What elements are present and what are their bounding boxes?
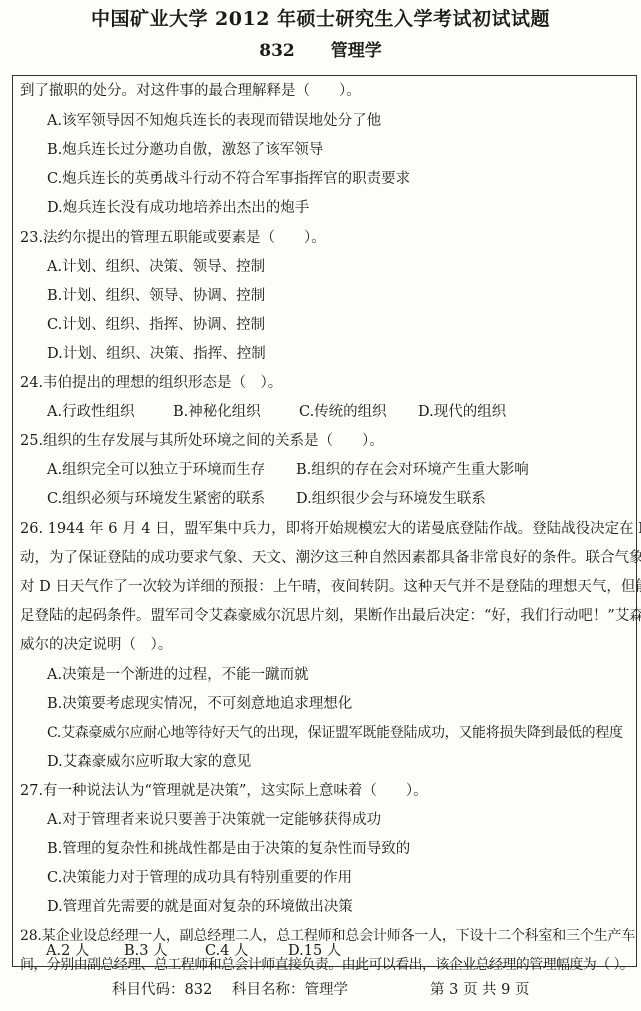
q22-option-a: A.该军领导因不知炮兵连长的表现而错误地处分了他 (47, 111, 381, 131)
q23-option-a: A.计划、组织、决策、领导、控制 (47, 257, 265, 277)
q24-option-d: D.现代的组织 (418, 402, 506, 422)
q26-stem-line-3: 对 D 日天气作了一次较为详细的预报：上午晴，夜间转阴。这种天气并不是登陆的理想… (20, 577, 632, 597)
q24-option-b: B.神秘化组织 (173, 402, 261, 422)
q27-stem: 27.有一种说法认为“管理就是决策”，这实际上意味着（ ）。 (20, 781, 428, 801)
q26-stem-line-4: 足登陆的起码条件。盟军司令艾森豪威尔沉思片刻，果断作出最后决定：“好，我们行动吧… (20, 606, 632, 626)
subject-code: 832 (259, 41, 295, 61)
q26-stem-line-1: 26. 1944 年 6 月 4 日，盟军集中兵力，即将开始规模宏大的诺曼底登陆… (20, 519, 632, 539)
q22-option-d: D.炮兵连长没有成功地培养出杰出的炮手 (47, 198, 309, 218)
q26-option-b: B.决策要考虑现实情况，不可刻意地追求理想化 (47, 694, 352, 714)
q23-option-b: B.计划、组织、领导、协调、控制 (47, 286, 265, 306)
q24-option-a: A.行政性组织 (47, 402, 135, 422)
q28-option-b: B.3 人 (124, 941, 168, 961)
subject-name: 管理学 (331, 41, 382, 61)
q22-stem: 到了撤职的处分。对这件事的最合理解释是（ ）。 (20, 81, 361, 101)
q23-option-c: C.计划、组织、指挥、协调、控制 (47, 315, 265, 335)
footer-page-number: 第 3 页 共 9 页 (430, 978, 530, 999)
q27-option-d: D.管理首先需要的就是面对复杂的环境做出决策 (47, 897, 353, 917)
q26-option-c: C.艾森豪威尔应耐心地等待好天气的出现，保证盟军既能登陆成功，又能将损失降到最低… (47, 723, 623, 743)
q28-option-c: C.4 人 (205, 941, 249, 961)
q26-option-d: D.艾森豪威尔应听取大家的意见 (47, 752, 251, 772)
q25-option-c: C.组织必须与环境发生紧密的联系 (47, 489, 265, 509)
q24-stem: 24.韦伯提出的理想的组织形态是（ ）。 (20, 373, 282, 393)
q25-option-b: B.组织的存在会对环境产生重大影响 (296, 460, 529, 480)
q25-option-d: D.组织很少会与环境发生联系 (296, 489, 486, 509)
q24-option-c: C.传统的组织 (299, 402, 387, 422)
q26-stem-line-5: 威尔的决定说明（ ）。 (20, 635, 632, 655)
q22-option-c: C.炮兵连长的英勇战斗行动不符合军事指挥官的职责要求 (47, 169, 410, 189)
q25-option-a: A.组织完全可以独立于环境而生存 (47, 460, 265, 480)
question-box: 到了撤职的处分。对这件事的最合理解释是（ ）。 A.该军领导因不知炮兵连长的表现… (12, 75, 637, 967)
q28-option-d: D.15 人 (288, 941, 341, 961)
q26-stem-line-2: 动，为了保证登陆的成功要求气象、天文、潮汐这三种自然因素都具备非常良好的条件。联… (20, 548, 632, 568)
q27-option-b: B.管理的复杂性和挑战性都是由于决策的复杂性而导致的 (47, 839, 410, 859)
footer-subject-name: 科目名称：管理学 (232, 978, 348, 999)
q26-option-a: A.决策是一个渐进的过程，不能一蹴而就 (47, 665, 309, 685)
q25-stem: 25.组织的生存发展与其所处环境之间的关系是（ ）。 (20, 431, 384, 451)
q28-option-a: A.2 人 (46, 941, 89, 961)
footer-subject-code: 科目代码：832 (112, 978, 212, 999)
q27-option-c: C.决策能力对于管理的成功具有特别重要的作用 (47, 868, 352, 888)
exam-subject: 832管理学 (0, 36, 641, 61)
q27-option-a: A.对于管理者来说只要善于决策就一定能够获得成功 (47, 810, 381, 830)
exam-title: 中国矿业大学 2012 年硕士研究生入学考试初试试题 (0, 4, 641, 31)
q22-option-b: B.炮兵连长过分邀功自傲，激怒了该军领导 (47, 140, 323, 160)
q23-stem: 23.法约尔提出的管理五职能或要素是（ ）。 (20, 228, 326, 248)
q23-option-d: D.计划、组织、决策、指挥、控制 (47, 344, 266, 364)
